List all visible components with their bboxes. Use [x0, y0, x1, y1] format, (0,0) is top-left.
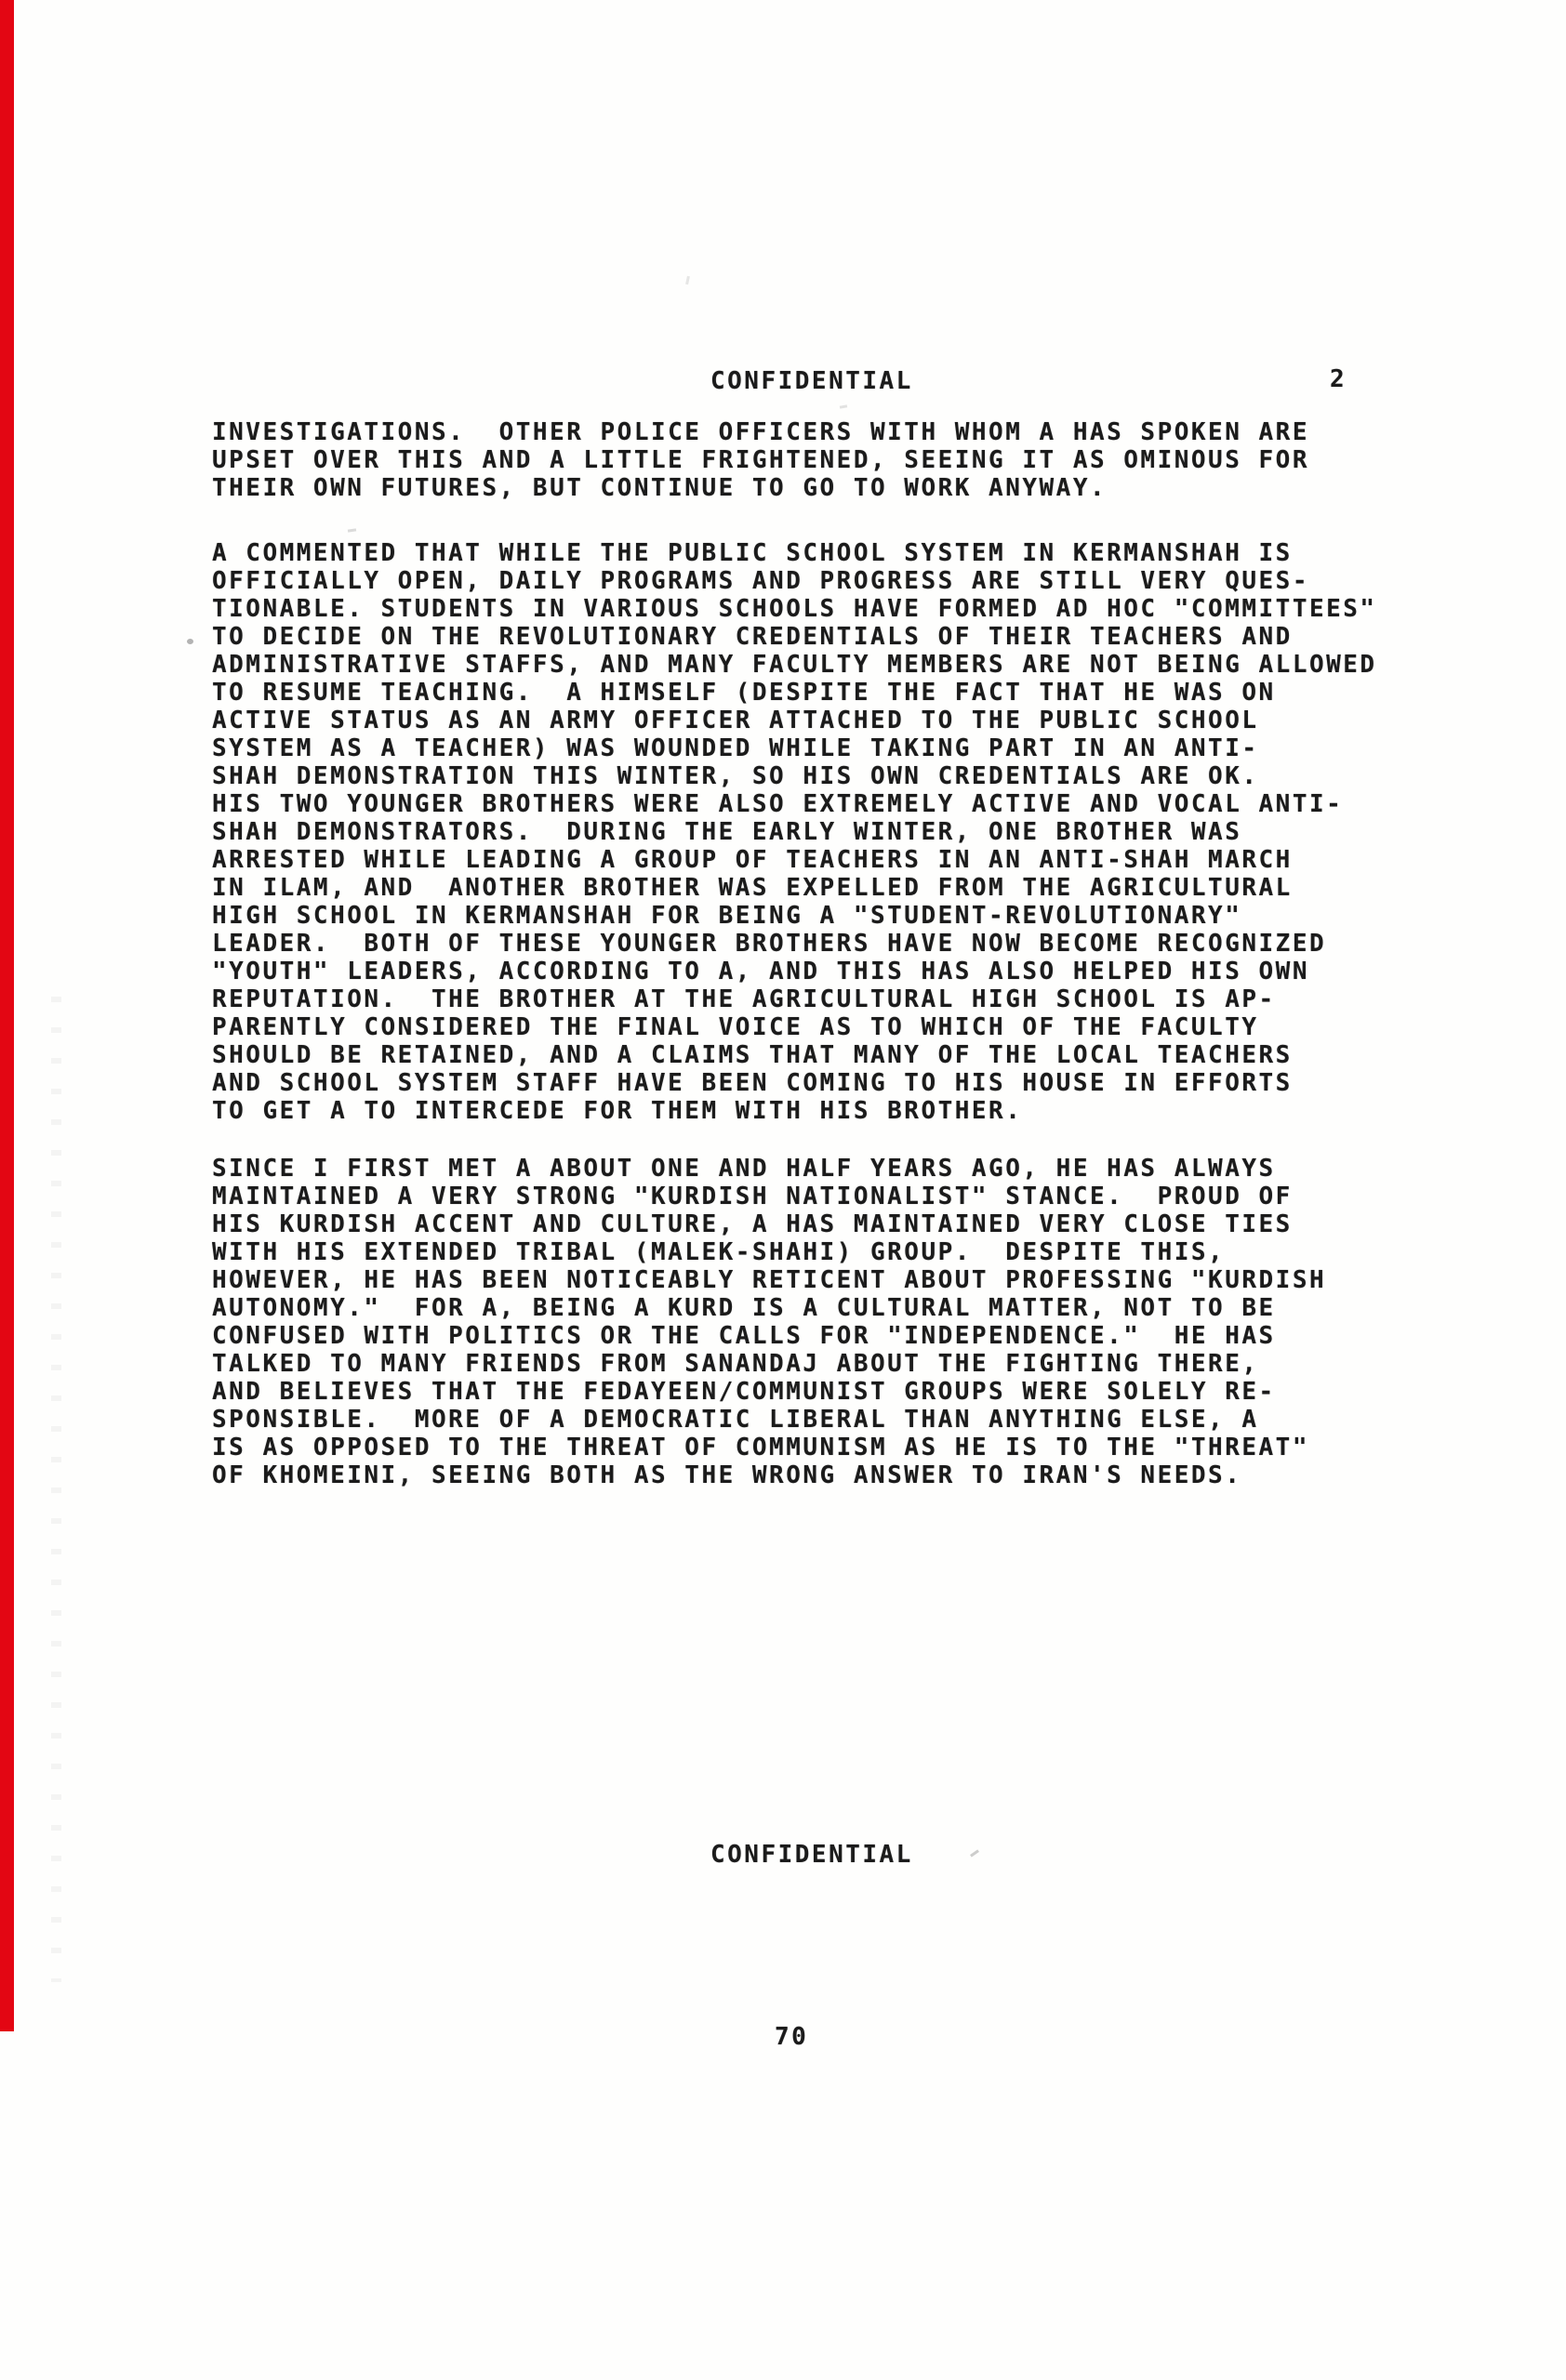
footer-classification: CONFIDENTIAL: [710, 1841, 913, 1869]
scan-sprocket-marks: [51, 997, 61, 1982]
paragraph-school-system: A COMMENTED THAT WHILE THE PUBLIC SCHOOL…: [212, 539, 1377, 1125]
scan-speck: [348, 528, 356, 532]
paragraph-kurdish-nationalist: SINCE I FIRST MET A ABOUT ONE AND HALF Y…: [212, 1155, 1326, 1489]
footer-page-number: 70: [775, 2023, 808, 2051]
scan-speck: [840, 404, 847, 408]
document-page: CONFIDENTIAL 2 INVESTIGATIONS. OTHER POL…: [0, 0, 1566, 2380]
header-page-number: 2: [1330, 365, 1347, 393]
paragraph-investigations: INVESTIGATIONS. OTHER POLICE OFFICERS WI…: [212, 418, 1309, 502]
archive-red-stripe: [0, 0, 14, 2031]
scan-speck: [187, 639, 193, 644]
scan-speck: [685, 276, 690, 284]
header-classification: CONFIDENTIAL: [710, 367, 913, 395]
scan-speck: [970, 1849, 979, 1857]
